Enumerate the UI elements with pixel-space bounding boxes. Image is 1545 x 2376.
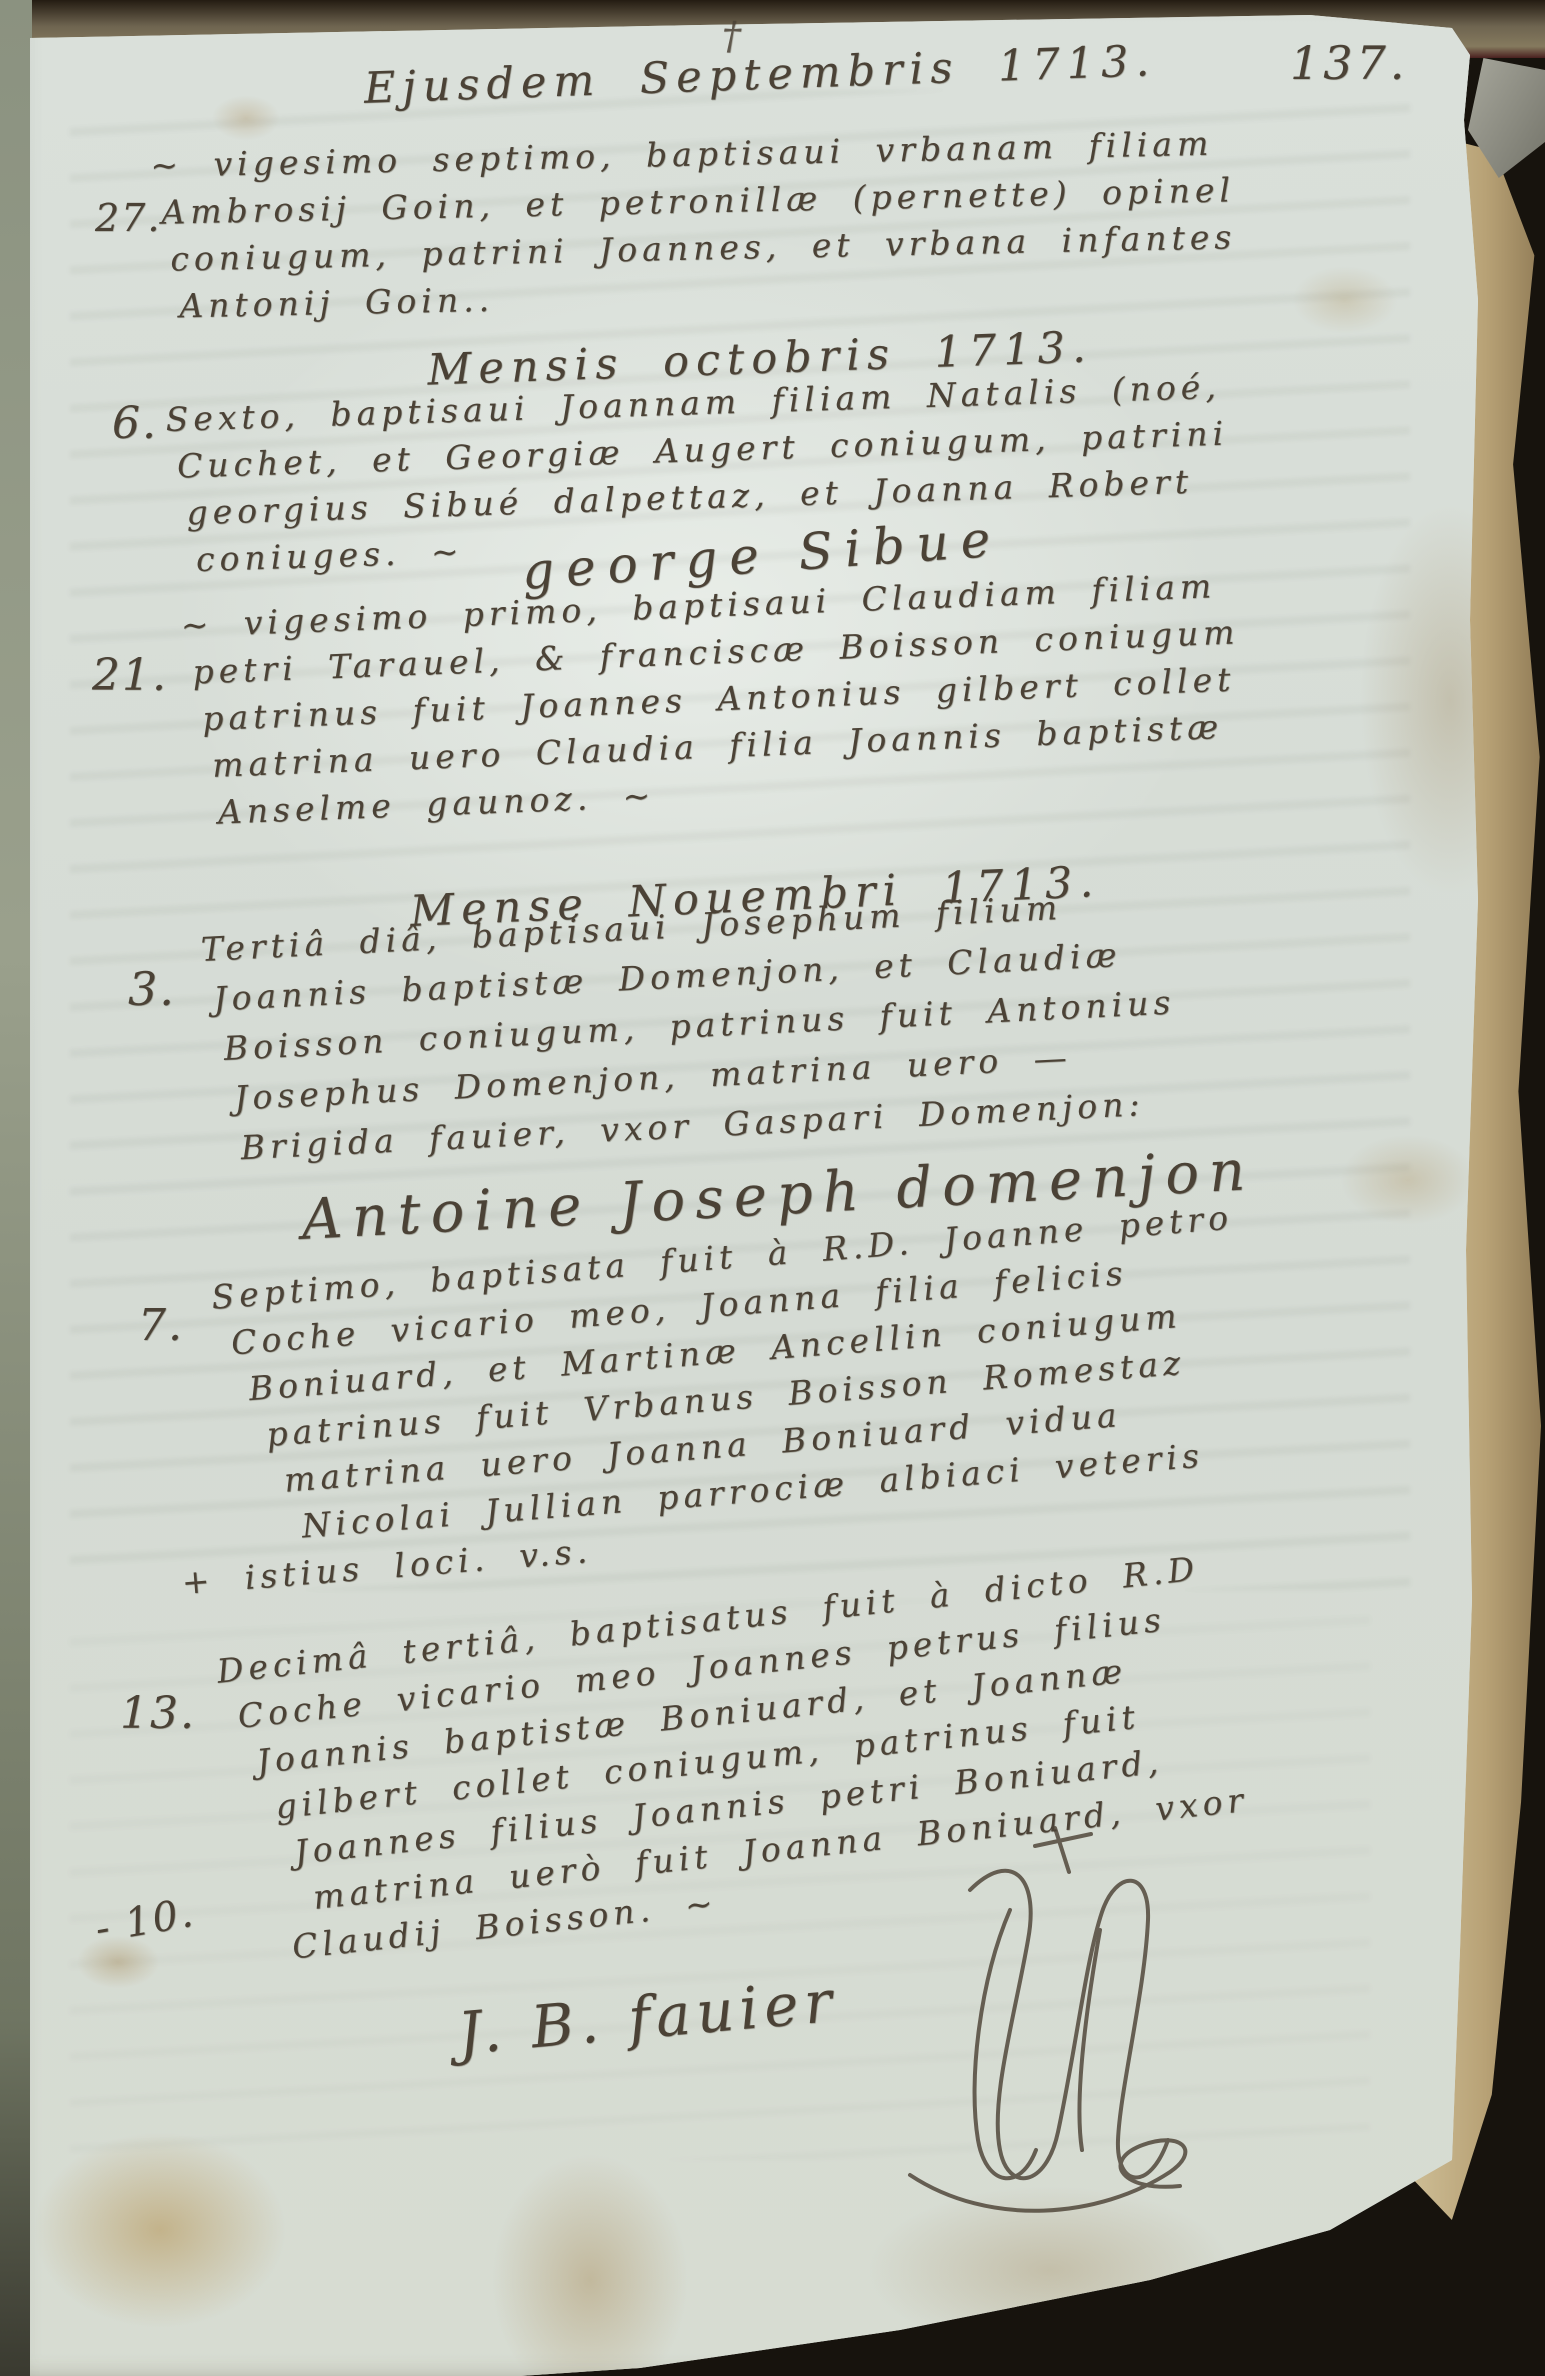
- margin-day-number: 3.: [128, 962, 176, 1016]
- entry-lines: ~ vigesimo septimo, baptisaui vrbanam fi…: [150, 123, 1238, 334]
- entry-lines: ~ vigesimo primo, baptisaui Claudiam fil…: [180, 565, 1246, 840]
- page-content: † 137. Ejusdem Septembris 1713. 27. ~ vi…: [0, 0, 1545, 2376]
- section-header-september: Ejusdem Septembris 1713.: [279, 33, 1240, 116]
- baptism-entry-nov-7: Septimo, baptisata fuit à R.D. Joanne pe…: [210, 1198, 1257, 1606]
- entry-lines: Tertiâ diâ, baptisaui Josephum filium Jo…: [200, 883, 1182, 1180]
- page-number: 137.: [1290, 36, 1408, 90]
- signature-jb-fauier: J. B. fauier: [455, 1967, 841, 2068]
- baptism-entry-nov-3: Tertiâ diâ, baptisaui Josephum filium Jo…: [200, 883, 1182, 1180]
- margin-day-number: 21.: [92, 650, 168, 701]
- margin-day-number: - 10.: [92, 1890, 198, 1953]
- baptism-entry-sep-27: ~ vigesimo septimo, baptisaui vrbanam fi…: [150, 123, 1238, 334]
- baptism-entry-oct-21: ~ vigesimo primo, baptisaui Claudiam fil…: [180, 565, 1246, 840]
- margin-day-number: 7.: [138, 1300, 184, 1351]
- margin-day-number: 13.: [120, 1688, 196, 1739]
- margin-day-number: 6.: [112, 398, 158, 449]
- entry-lines: Septimo, baptisata fuit à R.D. Joanne pe…: [210, 1198, 1257, 1606]
- signature-flourish-icon: [850, 1820, 1270, 2240]
- manuscript-photo: † 137. Ejusdem Septembris 1713. 27. ~ vi…: [0, 0, 1545, 2376]
